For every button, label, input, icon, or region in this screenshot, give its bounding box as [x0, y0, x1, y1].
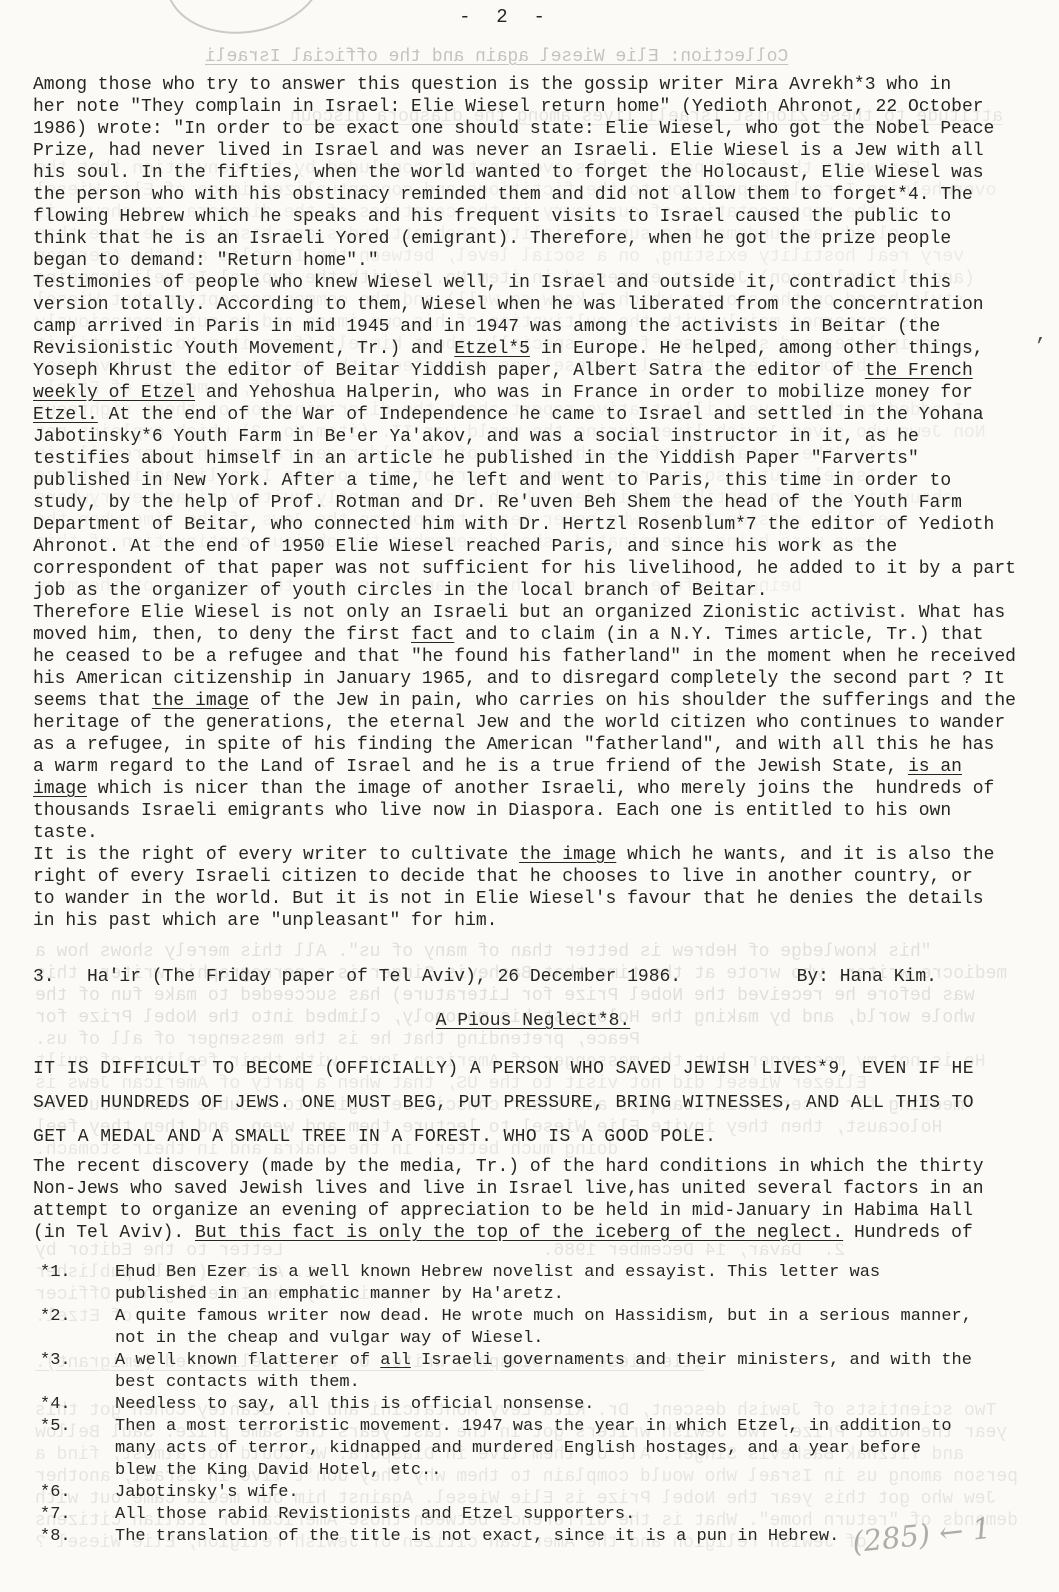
text-line: version totally. According to them, Wies… [33, 294, 1033, 316]
text-line: study, by the help of Prof. Rotman and D… [33, 492, 1033, 514]
text-line: best contacts with them. [115, 1372, 972, 1394]
item-number-and-source: 3. Ha'ir (The Friday paper of Tel Aviv),… [33, 966, 681, 988]
text-run: The recent discovery (made by the media,… [33, 1157, 984, 1177]
text-line: A quite famous writer now dead. He wrote… [115, 1306, 972, 1328]
text-run: Non-Jews who saved Jewish lives and live… [33, 1179, 984, 1199]
text-line: as a refugee, in spite of his finding th… [33, 734, 1033, 756]
text-run: Jabotinsky's wife. [115, 1483, 299, 1502]
underlined-text-run: image [33, 779, 87, 799]
text-run: A quite famous writer now dead. He wrote… [115, 1307, 972, 1326]
footnote-text: Then a most terroristic movement. 1947 w… [115, 1416, 952, 1482]
footnote-marker: *3. [33, 1350, 115, 1394]
text-line: GET A MEDAL AND A SMALL TREE IN A FOREST… [33, 1120, 1033, 1154]
text-line: The translation of the title is not exac… [115, 1526, 839, 1548]
text-line: Among those who try to answer this quest… [33, 74, 1033, 96]
footnote-text: Needless to say, all this is official no… [115, 1394, 594, 1416]
text-run: Prize, had never lived in Israel and was… [33, 141, 984, 161]
block-footnote-1: *1.Ehud Ben Ezer is a well known Hebrew … [33, 1262, 1033, 1306]
footnote-marker: *7. [33, 1504, 115, 1526]
text-run: Department of Beitar, who connected him … [33, 515, 994, 535]
text-run: Testimonies of people who knew Wiesel we… [33, 273, 951, 293]
text-run: attempt to organize an evening of apprec… [33, 1201, 973, 1221]
text-line: not in the cheap and vulgar way of Wiese… [115, 1328, 972, 1350]
paragraph-right-of-writer: It is the right of every writer to culti… [33, 844, 1033, 932]
text-line: All those rabid Revistionists and Etzel … [115, 1504, 635, 1526]
text-run: moved him, then, to deny the first [33, 625, 411, 645]
underlined-text-run: the image [519, 845, 616, 865]
footnote-text: Ehud Ben Ezer is a well known Hebrew nov… [115, 1262, 880, 1306]
text-run: version totally. According to them, Wies… [33, 295, 984, 315]
text-run: testifies about himself in an article he… [33, 449, 919, 469]
text-line: flowing Hebrew which he speaks and his f… [33, 206, 1033, 228]
text-run: IT IS DIFFICULT TO BECOME (OFFICIALLY) A… [33, 1059, 974, 1079]
underlined-text-run: all [380, 1351, 411, 1370]
text-line: SAVED HUNDREDS OF JEWS. ONE MUST BEG, PU… [33, 1086, 1033, 1120]
underlined-text-run: weekly of Etzel [33, 383, 195, 403]
text-line: seems that the image of the Jew in pain,… [33, 690, 1033, 712]
text-run: At the end of the War of Independence he… [98, 405, 984, 425]
text-run: her note "They complain in Israel: Elie … [33, 97, 984, 117]
text-run: flowing Hebrew which he speaks and his f… [33, 207, 951, 227]
text-run: began to demand: "Return home"." [33, 251, 379, 271]
text-run: (in Tel Aviv). [33, 1223, 195, 1243]
text-line: to wander in the world. But it is not in… [33, 888, 1033, 910]
text-run: 1986) wrote: "In order to be exact one s… [33, 119, 994, 139]
text-line: Yoseph Khrust the editor of Beitar Yiddi… [33, 360, 1033, 382]
text-run: The translation of the title is not exac… [115, 1527, 839, 1546]
footnote-marker: *6. [33, 1482, 115, 1504]
text-run: heritage of the generations, the eternal… [33, 713, 1005, 733]
text-line: Department of Beitar, who connected him … [33, 514, 1033, 536]
paragraph-testimonies: Testimonies of people who knew Wiesel we… [33, 272, 1033, 602]
text-line: moved him, then, to deny the first fact … [33, 624, 1033, 646]
text-line: thousands Israeli emigrants who live now… [33, 800, 1033, 822]
text-run: taste. [33, 823, 98, 843]
underlined-text-run: A Pious Neglect*8. [436, 1011, 630, 1031]
text-line: image which is nicer than the image of a… [33, 778, 1033, 800]
text-line: many acts of terror, kidnapped and murde… [115, 1438, 952, 1460]
text-run: he ceased to be a refugee and that "he f… [33, 647, 1016, 667]
underlined-text-run: Etzel*5 [454, 339, 530, 359]
text-run: as a refugee, in spite of his finding th… [33, 735, 994, 755]
text-run: not in the cheap and vulgar way of Wiese… [115, 1329, 543, 1348]
text-run: blew the King David Hotel, etc.. [115, 1461, 441, 1480]
footnote-text: The translation of the title is not exac… [115, 1526, 839, 1548]
text-run: All those rabid Revistionists and Etzel … [115, 1505, 635, 1524]
text-run: camp arrived in Paris in mid 1945 and in… [33, 317, 940, 337]
text-line: Revisionistic Youth Movement, Tr.) and E… [33, 338, 1033, 360]
text-run: It is the right of every writer to culti… [33, 845, 519, 865]
text-run: correspondent of that paper was not suff… [33, 559, 1016, 579]
text-line: heritage of the generations, the eternal… [33, 712, 1033, 734]
text-run: right of every Israeli citizen to decide… [33, 867, 973, 887]
text-line: he ceased to be a refugee and that "he f… [33, 646, 1033, 668]
underlined-text-run: is an [908, 757, 962, 777]
article-title: A Pious Neglect*8. [33, 1010, 1033, 1032]
text-line: blew the King David Hotel, etc.. [115, 1460, 952, 1482]
text-run: seems that [33, 691, 152, 711]
byline: By: Hana Kim. [797, 966, 1033, 988]
paragraph-avrekh-quote: Among those who try to answer this quest… [33, 74, 1033, 272]
text-run: thousands Israeli emigrants who live now… [33, 801, 951, 821]
text-line: correspondent of that paper was not suff… [33, 558, 1033, 580]
text-run: Israeli governaments and their ministers… [411, 1351, 972, 1370]
footnote-text: Jabotinsky's wife. [115, 1482, 299, 1504]
item-3-source-line: 3. Ha'ir (The Friday paper of Tel Aviv),… [33, 966, 1033, 988]
text-run: SAVED HUNDREDS OF JEWS. ONE MUST BEG, PU… [33, 1093, 974, 1113]
text-run: Ehud Ben Ezer is a well known Hebrew nov… [115, 1263, 880, 1282]
footnote-marker: *4. [33, 1394, 115, 1416]
text-run: which is nicer than the image of another… [87, 779, 994, 799]
bleedthrough-text-line: Collection: Elie Wiesel again and the of… [205, 46, 788, 68]
text-line: 1986) wrote: "In order to be exact one s… [33, 118, 1033, 140]
text-line: A well known flatterer of all Israeli go… [115, 1350, 972, 1372]
underlined-text-run: fact [411, 625, 454, 645]
paragraph-zionistic-activist: Therefore Elie Wiesel is not only an Isr… [33, 602, 1033, 844]
text-line: in his past which are "unpleasant" for h… [33, 910, 1033, 932]
edge-ink-mark: ’ [1034, 336, 1046, 359]
text-line: testifies about himself in an article he… [33, 448, 1033, 470]
footnote-text: A quite famous writer now dead. He wrote… [115, 1306, 972, 1350]
text-run: published in New York. After a time, he … [33, 471, 951, 491]
text-line: Then a most terroristic movement. 1947 w… [115, 1416, 952, 1438]
text-line: Jabotinsky*6 Youth Farm in Be'er Ya'akov… [33, 426, 1033, 448]
text-line: Prize, had never lived in Israel and was… [33, 140, 1033, 162]
text-run: A well known flatterer of [115, 1351, 380, 1370]
footnote-marker: *1. [33, 1262, 115, 1306]
text-run: GET A MEDAL AND A SMALL TREE IN A FOREST… [33, 1127, 716, 1147]
text-run: Yoseph Khrust the editor of Beitar Yiddi… [33, 361, 865, 381]
text-line: (in Tel Aviv). But this fact is only the… [33, 1222, 1033, 1244]
text-run: a warm regard to the Land of Israel and … [33, 757, 908, 777]
text-line: her note "They complain in Israel: Elie … [33, 96, 1033, 118]
text-run: Revisionistic Youth Movement, Tr.) and [33, 339, 454, 359]
text-run: the person who with his obstinacy remind… [33, 185, 973, 205]
text-run: published in an emphatic manner by Ha'ar… [115, 1285, 564, 1304]
text-run: Hundreds of [843, 1223, 973, 1243]
underlined-text-run: the French [865, 361, 973, 381]
text-run: Jabotinsky*6 Youth Farm in Be'er Ya'akov… [33, 427, 919, 447]
text-run: Therefore Elie Wiesel is not only an Isr… [33, 603, 1005, 623]
text-run: to wander in the world. But it is not in… [33, 889, 984, 909]
text-line: Therefore Elie Wiesel is not only an Isr… [33, 602, 1033, 624]
footnote-text: All those rabid Revistionists and Etzel … [115, 1504, 635, 1526]
text-run: Then a most terroristic movement. 1947 w… [115, 1417, 952, 1436]
text-line: the person who with his obstinacy remind… [33, 184, 1033, 206]
text-line: It is the right of every writer to culti… [33, 844, 1033, 866]
text-line: his soul. In the fifties, when the world… [33, 162, 1033, 184]
text-line: right of every Israeli citizen to decide… [33, 866, 1033, 888]
paragraph-recent-discovery: The recent discovery (made by the media,… [33, 1156, 1033, 1244]
text-run: of the Jew in pain, who carries on his s… [249, 691, 1016, 711]
text-run: which he wants, and it is also the [616, 845, 994, 865]
text-line: weekly of Etzel and Yehoshua Halperin, w… [33, 382, 1033, 404]
scanned-typescript-page: Collection: Elie Wiesel again and the of… [0, 0, 1059, 1592]
block-footnote-5: *5.Then a most terroristic movement. 194… [33, 1416, 1033, 1482]
block-footnote-2: *2.A quite famous writer now dead. He wr… [33, 1306, 1033, 1350]
text-line: published in New York. After a time, he … [33, 470, 1033, 492]
text-line: Ehud Ben Ezer is a well known Hebrew nov… [115, 1262, 880, 1284]
text-line: Testimonies of people who knew Wiesel we… [33, 272, 1033, 294]
text-line: think that he is an Israeli Yored (emigr… [33, 228, 1033, 250]
text-line: Ahronot. At the end of 1950 Elie Wiesel … [33, 536, 1033, 558]
text-line: Jabotinsky's wife. [115, 1482, 299, 1504]
underlined-text-run: Etzel. [33, 405, 98, 425]
text-line: began to demand: "Return home"." [33, 250, 1033, 272]
block-footnote-6: *6.Jabotinsky's wife. [33, 1482, 1033, 1504]
text-run: Needless to say, all this is official no… [115, 1395, 594, 1414]
text-run: his soul. In the fifties, when the world… [33, 163, 984, 183]
text-run: and Yehoshua Halperin, who was in France… [195, 383, 973, 403]
footnote-marker: *2. [33, 1306, 115, 1350]
text-line: attempt to organize an evening of apprec… [33, 1200, 1033, 1222]
text-line: his American citizenship in January 1965… [33, 668, 1033, 690]
footnote-marker: *8. [33, 1526, 115, 1548]
underlined-text-run: But this fact is only the top of the ice… [195, 1223, 843, 1243]
text-run: study, by the help of Prof. Rotman and D… [33, 493, 962, 513]
text-line: a warm regard to the Land of Israel and … [33, 756, 1033, 778]
text-line: published in an emphatic manner by Ha'ar… [115, 1284, 880, 1306]
document-body: Among those who try to answer this quest… [33, 74, 1033, 1548]
text-line: taste. [33, 822, 1033, 844]
footnote-marker: *5. [33, 1416, 115, 1482]
capitalized-lead: IT IS DIFFICULT TO BECOME (OFFICIALLY) A… [33, 1052, 1033, 1154]
text-run: many acts of terror, kidnapped and murde… [115, 1439, 921, 1458]
text-line: A Pious Neglect*8. [33, 1010, 1033, 1032]
footnote-text: A well known flatterer of all Israeli go… [115, 1350, 972, 1394]
text-run: think that he is an Israeli Yored (emigr… [33, 229, 951, 249]
page-number: - 2 - [0, 6, 1005, 28]
text-run: Among those who try to answer this quest… [33, 75, 951, 95]
text-run: job as the organizer of youth circles in… [33, 581, 768, 601]
text-run: his American citizenship in January 1965… [33, 669, 1005, 689]
text-run: and to claim (in a N.Y. Times article, T… [454, 625, 983, 645]
underlined-text-run: the image [152, 691, 249, 711]
text-line: camp arrived in Paris in mid 1945 and in… [33, 316, 1033, 338]
text-line: IT IS DIFFICULT TO BECOME (OFFICIALLY) A… [33, 1052, 1033, 1086]
text-run: Ahronot. At the end of 1950 Elie Wiesel … [33, 537, 897, 557]
text-line: The recent discovery (made by the media,… [33, 1156, 1033, 1178]
text-line: job as the organizer of youth circles in… [33, 580, 1033, 602]
text-run: in Europe. He helped, among other things… [530, 339, 984, 359]
block-footnote-3: *3.A well known flatterer of all Israeli… [33, 1350, 1033, 1394]
text-line: Non-Jews who saved Jewish lives and live… [33, 1178, 1033, 1200]
text-line: Etzel. At the end of the War of Independ… [33, 404, 1033, 426]
text-line: Needless to say, all this is official no… [115, 1394, 594, 1416]
text-run: 3. Ha'ir (The Friday paper of Tel Aviv),… [33, 967, 681, 987]
text-run: in his past which are "unpleasant" for h… [33, 911, 497, 931]
block-footnote-4: *4.Needless to say, all this is official… [33, 1394, 1033, 1416]
text-run: best contacts with them. [115, 1373, 360, 1392]
